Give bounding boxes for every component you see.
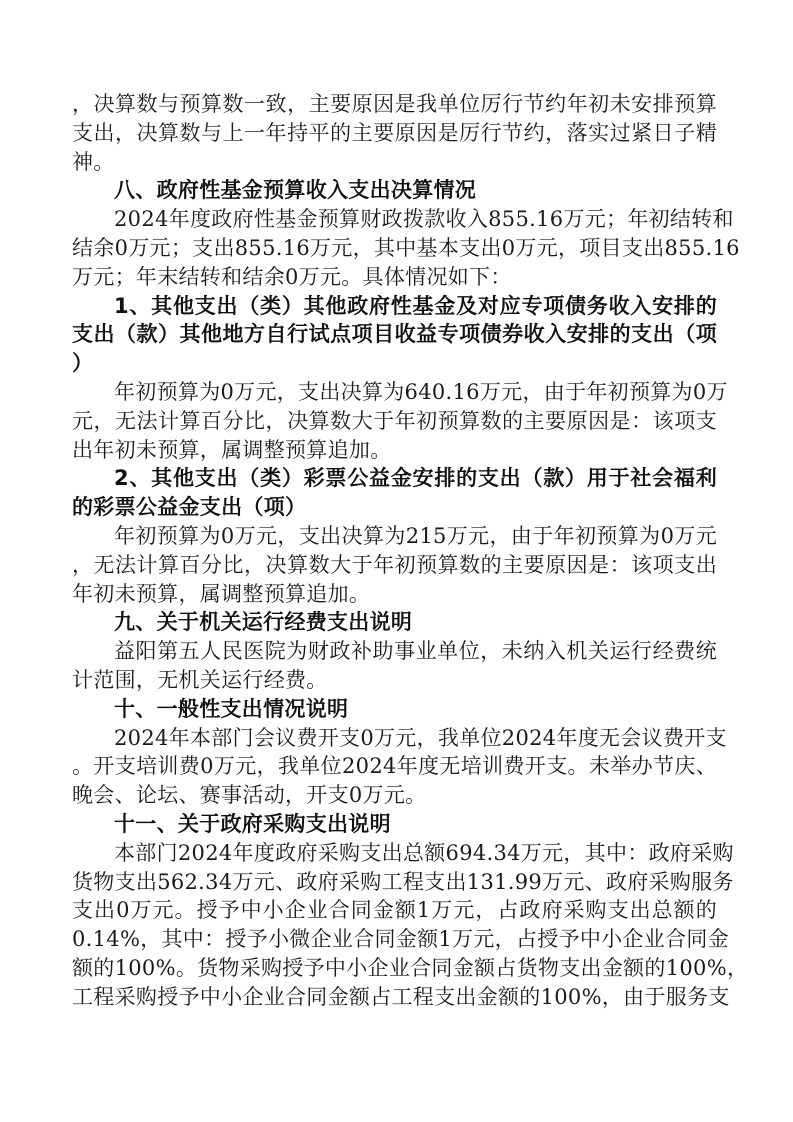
- section-heading-line: ）: [72, 349, 717, 378]
- body-text-line: 元，无法计算百分比，决算数大于年初预算数的主要原因是：该项支: [72, 407, 717, 436]
- body-text-line: 结余0万元；支出855.16万元，其中基本支出0万元，项目支出855.16: [72, 234, 717, 263]
- body-text-line: 工程采购授予中小企业合同金额占工程支出金额的100%，由于服务支: [72, 983, 717, 1012]
- section-heading-line: 九、关于机关运行经费支出说明: [72, 608, 717, 637]
- section-heading-line: 八、政府性基金预算收入支出决算情况: [72, 176, 717, 205]
- body-text-line: 神。: [72, 148, 717, 177]
- body-text-line: 年初预算为0万元，支出决算为640.16万元，由于年初预算为0万: [72, 378, 717, 407]
- section-heading-line: 2、其他支出（类）彩票公益金安排的支出（款）用于社会福利: [72, 464, 717, 493]
- body-text-line: 。开支培训费0万元，我单位2024年度无培训费开支。未举办节庆、: [72, 752, 717, 781]
- section-heading-line: 的彩票公益金支出（项）: [72, 493, 717, 522]
- body-text-line: 本部门2024年度政府采购支出总额694.34万元，其中：政府采购: [72, 839, 717, 868]
- body-text-line: 0.14%，其中：授予小微企业合同金额1万元，占授予中小企业合同金: [72, 925, 717, 954]
- body-text-line: 年初未预算，属调整预算追加。: [72, 580, 717, 609]
- body-text-line: 2024年本部门会议费开支0万元，我单位2024年度无会议费开支: [72, 724, 717, 753]
- body-text-line: 支出，决算数与上一年持平的主要原因是厉行节约，落实过紧日子精: [72, 119, 717, 148]
- body-text-line: 晚会、论坛、赛事活动，开支0万元。: [72, 781, 717, 810]
- body-text-line: 出年初未预算，属调整预算追加。: [72, 436, 717, 465]
- body-text-line: 货物支出562.34万元、政府采购工程支出131.99万元、政府采购服务: [72, 868, 717, 897]
- body-text-line: ，决算数与预算数一致，主要原因是我单位厉行节约年初未安排预算: [72, 90, 717, 119]
- body-text-line: 2024年度政府性基金预算财政拨款收入855.16万元；年初结转和: [72, 205, 717, 234]
- body-text-line: 益阳第五人民医院为财政补助事业单位，未纳入机关运行经费统: [72, 637, 717, 666]
- body-text-line: 万元；年末结转和结余0万元。具体情况如下：: [72, 263, 717, 292]
- section-heading-line: 十、一般性支出情况说明: [72, 695, 717, 724]
- body-text-line: 支出0万元。授予中小企业合同金额1万元，占政府采购支出总额的: [72, 896, 717, 925]
- body-text-line: 年初预算为0万元，支出决算为215万元，由于年初预算为0万元: [72, 522, 717, 551]
- body-text-line: ，无法计算百分比，决算数大于年初预算数的主要原因是：该项支出: [72, 551, 717, 580]
- body-text-line: 计范围，无机关运行经费。: [72, 666, 717, 695]
- document-page: ，决算数与预算数一致，主要原因是我单位厉行节约年初未安排预算支出，决算数与上一年…: [72, 90, 717, 1012]
- section-heading-line: 1、其他支出（类）其他政府性基金及对应专项债务收入安排的: [72, 292, 717, 321]
- section-heading-line: 十一、关于政府采购支出说明: [72, 810, 717, 839]
- body-text-line: 额的100%。货物采购授予中小企业合同金额占货物支出金额的100%，: [72, 954, 717, 983]
- section-heading-line: 支出（款）其他地方自行试点项目收益专项债券收入安排的支出（项: [72, 320, 717, 349]
